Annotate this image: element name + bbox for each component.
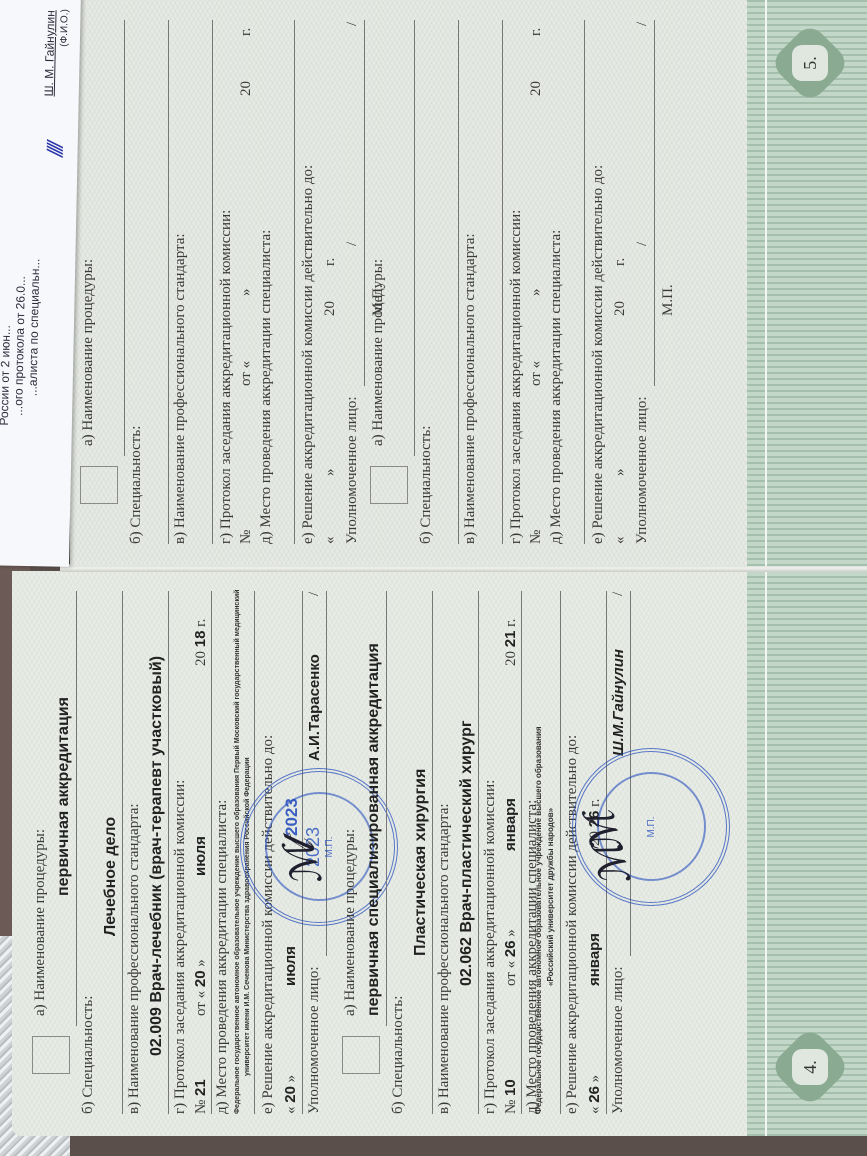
entry-2-standard-label: в) Наименование профессионального станда… (436, 803, 453, 1114)
entry-g-year-prefix: 20 (238, 81, 255, 96)
entry-1-protocol-number: 21 (192, 1079, 209, 1096)
entry-2-checkbox (342, 1036, 380, 1074)
entry-1-valid-month: июля (282, 946, 299, 986)
entry-g-label: г) Протокол заседания аккредитационной к… (508, 210, 525, 544)
page-4: а) Наименование процедуры: первичная акк… (12, 571, 867, 1136)
entry-a-label: а) Наименование процедуры: (370, 259, 387, 446)
entry-e-close: » (612, 469, 629, 477)
entry-1-specialty-value: Лечебное дело (102, 817, 120, 936)
entry-2-protocol-label: г) Протокол заседания аккредитационной к… (482, 780, 499, 1114)
entry-1-procedure-label: а) Наименование процедуры: (32, 829, 49, 1016)
entry-e-year-prefix: 20 (322, 301, 339, 316)
entry-2-standard-value: 02.062 Врач-пластический хирург (458, 720, 476, 986)
entry-slash: / (344, 22, 361, 26)
entry-2-protocol-year: 21 (502, 631, 519, 648)
entry-slash: / (344, 242, 361, 246)
entry-2-valid-day: 26 (586, 1086, 603, 1103)
entry-2-signer-label: Уполномоченное лицо: (610, 966, 627, 1114)
entry-d-label: д) Место проведения аккредитации специал… (258, 230, 275, 544)
entry-g-from: от « (528, 361, 545, 386)
entry-slash: / (634, 242, 651, 246)
entry-1-checkbox (32, 1036, 70, 1074)
entry-e-label: е) Решение аккредитационной комиссии дей… (590, 165, 607, 544)
page-5: а) Наименование процедуры:б) Специальнос… (70, 0, 867, 566)
entry-b-label: б) Специальность: (418, 426, 435, 544)
document-spread: а) Наименование процедуры: первичная акк… (0, 0, 867, 1156)
entry-1-protocol-day: 20 (192, 970, 209, 987)
entry-e-year-suffix: г. (612, 258, 629, 266)
entry-2-procedure-value: первичная специализированная аккредитаци… (365, 643, 383, 1016)
entry-1-place-label: д) Место проведения аккредитации специал… (214, 800, 231, 1114)
entry-signer-label: Уполномоченное лицо: (344, 396, 361, 544)
entry-signer-label: Уполномоченное лицо: (634, 396, 651, 544)
entry-1-protocol-label: г) Протокол заседания аккредитационной к… (172, 780, 189, 1114)
entry-e-year-prefix: 20 (612, 301, 629, 316)
entry-e-open: « (612, 537, 629, 545)
entry-1-valid-day: 20 (282, 1086, 299, 1103)
entry-e-open: « (322, 537, 339, 545)
entry-2-specialty-value: Пластическая хирургия (412, 769, 430, 956)
entry-1-protocol-year: 18 (192, 631, 209, 648)
entry-2-valid-label: е) Решение аккредитационной комиссии дей… (564, 735, 581, 1114)
entry-2-specialty-label: б) Специальность: (390, 996, 407, 1114)
entry-2-valid-month: января (586, 933, 603, 986)
entry-g-year-suffix: г. (528, 28, 545, 36)
entry-1-place-value-2: университет имени И.М. Сеченова Министер… (244, 757, 251, 1076)
entry-1-signer-name: А.И.Тарасенко (306, 654, 323, 761)
entry-g-no-prefix: № (238, 530, 255, 544)
entry-g-no-prefix: № (528, 530, 545, 544)
entry-1-procedure-value: первичная аккредитация (55, 697, 73, 896)
entry-2-protocol-day: 26 (502, 940, 519, 957)
entry-g-year-prefix: 20 (528, 81, 545, 96)
entry-1-specialty-label: б) Специальность: (80, 996, 97, 1114)
entry-1-standard-value: 02.009 Врач-лечебник (врач-терапевт учас… (148, 656, 166, 1056)
entry-2-signer-name: Ш.М.Гайнулин (610, 649, 627, 756)
entry-1-signer-label: Уполномоченное лицо: (306, 966, 323, 1114)
stamp-placeholder: М.П. (660, 284, 677, 316)
entry-2-procedure-label: а) Наименование процедуры: (342, 829, 359, 1016)
entry-e-year-suffix: г. (322, 258, 339, 266)
entry-v-label: в) Наименование профессионального станда… (462, 233, 479, 544)
entry-slash: / (634, 22, 651, 26)
note-signer-name: Ш. М. Гайнулин (42, 10, 58, 97)
entry-2-protocol-number: 10 (502, 1079, 519, 1096)
entry-2-protocol-month: января (502, 798, 519, 851)
entry-e-close: » (322, 469, 339, 477)
entry-g-close: » (528, 289, 545, 297)
entry-g-year-suffix: г. (238, 28, 255, 36)
entry-g-close: » (238, 289, 255, 297)
entry-checkbox (370, 466, 408, 504)
attached-note: соотв... России от 2 июн... ...ого прото… (0, 0, 81, 567)
entry-1-standard-label: в) Наименование профессионального станда… (126, 803, 143, 1114)
entry-d-label: д) Место проведения аккредитации специал… (548, 230, 565, 544)
entry-v-label: в) Наименование профессионального станда… (172, 233, 189, 544)
entry-checkbox (80, 466, 118, 504)
note-signature: //// (43, 144, 69, 157)
entry-g-from: от « (238, 361, 255, 386)
entry-2-place-value-2: «Российский университет дружбы народов» (546, 808, 555, 986)
entry-1-protocol-month: июля (192, 836, 209, 876)
entry-a-label: а) Наименование процедуры: (80, 259, 97, 446)
entry-2-place-value-1: Федеральное государственное автономное о… (534, 726, 543, 1114)
entry-e-label: е) Решение аккредитационной комиссии дей… (300, 165, 317, 544)
entry-b-label: б) Специальность: (128, 426, 145, 544)
entry-g-label: г) Протокол заседания аккредитационной к… (218, 210, 235, 544)
